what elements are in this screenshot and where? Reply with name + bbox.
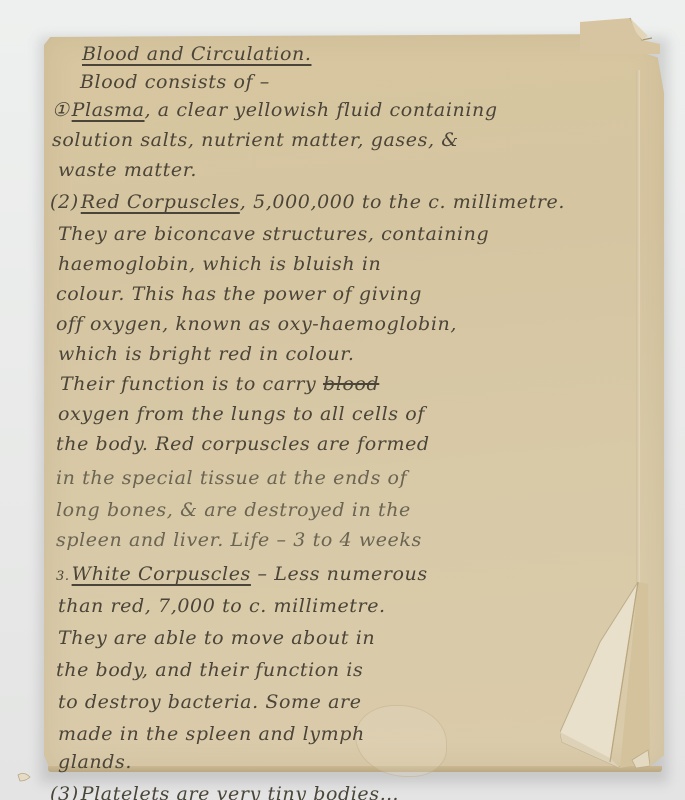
item-number: 3. [56,565,70,589]
page-corner-wear [16,768,36,780]
struck-word: blood [323,373,379,395]
note-line-red-corpuscles: (2)Red Corpuscles, 5,000,000 to the c. m… [50,190,565,214]
note-line: They are able to move about in [58,626,375,650]
heading-red-corpuscles: Red Corpuscles [81,191,240,213]
item-number: (2) [50,190,79,214]
dog-ear-top-right [580,14,660,54]
note-line-function: Their function is to carry blood [60,372,379,396]
note-text: Their function is to carry [60,373,323,395]
note-line-platelets: (3)Platelets are very tiny bodies… [50,782,399,800]
item-number: ① [52,98,70,122]
note-line: colour. This has the power of giving [56,282,422,306]
note-line: made in the spleen and lymph [58,722,365,746]
note-line-white-corpuscles: 3.White Corpuscles – Less numerous [56,562,428,589]
note-line: the body, and their function is [56,658,363,682]
note-line: They are biconcave structures, containin… [58,222,489,246]
note-line: waste matter. [58,158,197,182]
item-number: (3) [50,782,79,800]
note-line: solution salts, nutrient matter, gases, … [52,128,459,152]
note-line: haemoglobin, which is bluish in [58,252,381,276]
page-title: Blood and Circulation. [82,42,312,66]
note-line: Blood consists of – [80,70,270,94]
heading-white-corpuscles: White Corpuscles [72,563,251,585]
note-text: – Less numerous [251,563,428,585]
note-line: the body. Red corpuscles are formed [56,432,430,456]
note-line: oxygen from the lungs to all cells of [58,402,425,426]
note-line: long bones, & are destroyed in the [56,498,411,522]
note-line: in the special tissue at the ends of [56,466,407,490]
folded-page-corner [560,582,650,772]
note-line: which is bright red in colour. [58,342,355,366]
note-text: , 5,000,000 to the c. millimetre. [240,191,565,213]
note-line: than red, 7,000 to c. millimetre. [58,594,386,618]
note-text: are very tiny bodies… [170,783,399,800]
note-text: , a clear yellowish fluid containing [145,99,498,121]
heading-platelets: Platelets [81,783,170,800]
heading-plasma: Plasma [72,99,145,121]
note-line: glands. [58,750,132,774]
note-line: spleen and liver. Life – 3 to 4 weeks [56,528,422,552]
note-line: to destroy bacteria. Some are [58,690,362,714]
note-line: off oxygen, known as oxy-haemoglobin, [56,312,457,336]
note-line-plasma: ①Plasma, a clear yellowish fluid contain… [52,98,498,122]
